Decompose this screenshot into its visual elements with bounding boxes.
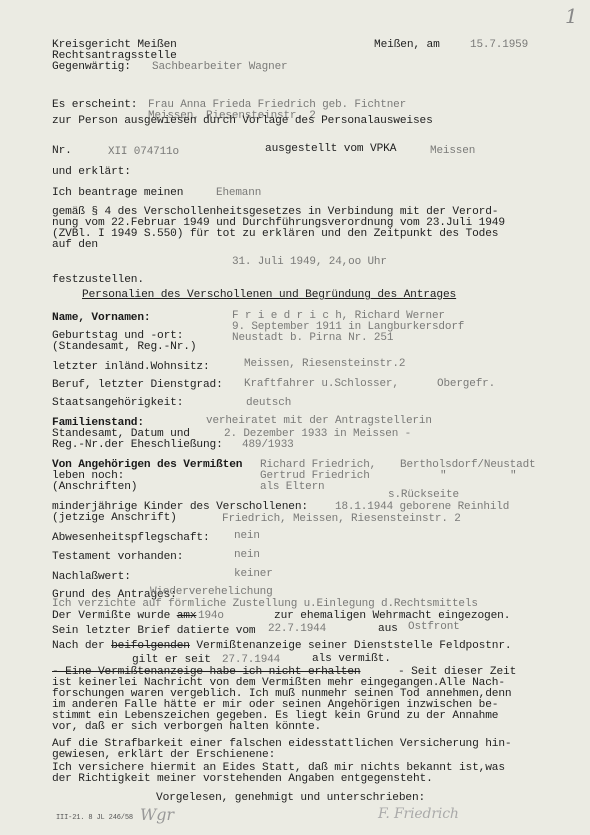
residence-label: letzter inländ.Wohnsitz: <box>52 362 210 373</box>
job-label: Beruf, letzter Dienstgrad: <box>52 380 223 391</box>
letter-from-label: aus <box>378 624 398 635</box>
closing-formula: Vorgelesen, genehmigt und unterschrieben… <box>156 793 425 804</box>
missing-prefix: gilt er seit <box>132 655 211 666</box>
citizenship-label: Staatsangehörigkeit: <box>52 398 183 409</box>
reverse-note: s.Rückseite <box>388 490 459 501</box>
citizenship-value: deutsch <box>246 398 291 409</box>
relatives-label-3: (Anschriften) <box>52 482 137 493</box>
waiver-note: Ich verzichte auf förmliche Zustellung u… <box>52 599 478 610</box>
residence-value: Meissen, Riesensteinstr.2 <box>244 359 405 370</box>
family-value: verheiratet mit der Antragstellerin <box>206 416 432 427</box>
oath-intro-2: gewiesen, erklärt der Erschienene: <box>52 750 275 761</box>
missing-suffix: als vermißt. <box>312 654 391 665</box>
identification-text: zur Person ausgewiesen durch Vorlage des… <box>52 116 433 127</box>
drafted-suffix: zur ehemaligen Wehrmacht eingezogen. <box>274 611 510 622</box>
ditto-mark-1: " <box>440 471 446 482</box>
job-value: Kraftfahrer u.Schlosser, <box>244 379 399 390</box>
id-label: Nr. <box>52 146 72 157</box>
appearance-label: Es erscheint: <box>52 100 137 111</box>
letter-from: Ostfront <box>408 622 460 633</box>
guardianship-value: nein <box>234 531 260 542</box>
birth-value-2: Neustadt b. Pirna Nr. 251 <box>232 333 393 344</box>
rank-value: Obergefr. <box>437 379 495 390</box>
report-suffix: Vermißtenanzeige seiner Dienststelle Fel… <box>190 640 512 652</box>
declares-text: und erklärt: <box>52 167 131 178</box>
id-number: XII 074711o <box>108 147 179 158</box>
children-value-2: Friedrich, Meissen, Riesensteinstr. 2 <box>222 514 461 525</box>
request-closing: festzustellen. <box>52 275 144 286</box>
present-value: Sachbearbeiter Wagner <box>152 62 287 73</box>
relatives-role: als Eltern <box>260 482 325 493</box>
oath-line-2: der Richtigkeit meiner vorstehenden Anga… <box>52 774 433 785</box>
will-value: nein <box>234 550 260 561</box>
marriage-label-2: Reg.-Nr.der Eheschließung: <box>52 440 223 451</box>
drafted-strike: amx <box>177 610 197 622</box>
name-label: Name, Vornamen: <box>52 313 150 324</box>
place-date-label: Meißen, am <box>374 40 440 51</box>
applicant-signature: F. Friedrich <box>378 806 459 822</box>
report-prefix: Nach der <box>52 640 111 652</box>
letter-prefix: Sein letzter Brief datierte vom <box>52 626 255 637</box>
drafted-line: Der Vermißte wurde amx <box>52 611 196 622</box>
paragraph-line-6: vor, daß er sich verborgen halten könnte… <box>52 722 321 733</box>
guardianship-label: Abwesenheitspflegschaft: <box>52 533 210 544</box>
reason-value: Wiederverehelichung <box>150 587 273 598</box>
page-number: 1 <box>565 6 578 26</box>
section-title: Personalien des Verschollenen und Begrün… <box>82 290 456 301</box>
document-page: 1 Kreisgericht Meißen Rechtsantragsstell… <box>0 0 590 835</box>
report-line: Nach der beifolgenden Vermißtenanzeige s… <box>52 641 511 652</box>
form-code: III-21. 8 JL 246/58 <box>56 813 133 824</box>
request-prefix: Ich beantrage meinen <box>52 188 183 199</box>
children-value-1: 18.1.1944 geborene Reinhild <box>335 502 509 513</box>
request-body-4: auf den <box>52 240 98 251</box>
present-label: Gegenwärtig: <box>52 62 131 73</box>
document-date: 15.7.1959 <box>470 40 528 51</box>
ditto-mark-2: " <box>510 471 516 482</box>
official-signature: Wgr <box>140 806 174 824</box>
death-time: 31. Juli 1949, 24,oo Uhr <box>232 257 387 268</box>
drafted-year: 194o <box>198 611 224 622</box>
drafted-prefix: Der Vermißte wurde <box>52 610 177 622</box>
estate-label: Nachlaßwert: <box>52 572 131 583</box>
report-strike: beifolgenden <box>111 640 190 652</box>
marriage-value-2: 489/1933 <box>242 440 294 451</box>
children-label-2: (jetzige Anschrift) <box>52 513 177 524</box>
issued-label: ausgestellt vom VPKA <box>265 144 396 155</box>
issued-by: Meissen <box>430 146 475 157</box>
missing-date: 27.7.1944 <box>222 655 280 666</box>
letter-date: 22.7.1944 <box>268 624 326 635</box>
birth-label-2: (Standesamt, Reg.-Nr.) <box>52 342 196 353</box>
estate-value: keiner <box>234 569 273 580</box>
request-body-3: (ZVBl. I 1949 S.550) für tot zu erklären… <box>52 229 498 240</box>
will-label: Testament vorhanden: <box>52 552 183 563</box>
request-relation: Ehemann <box>216 188 261 199</box>
